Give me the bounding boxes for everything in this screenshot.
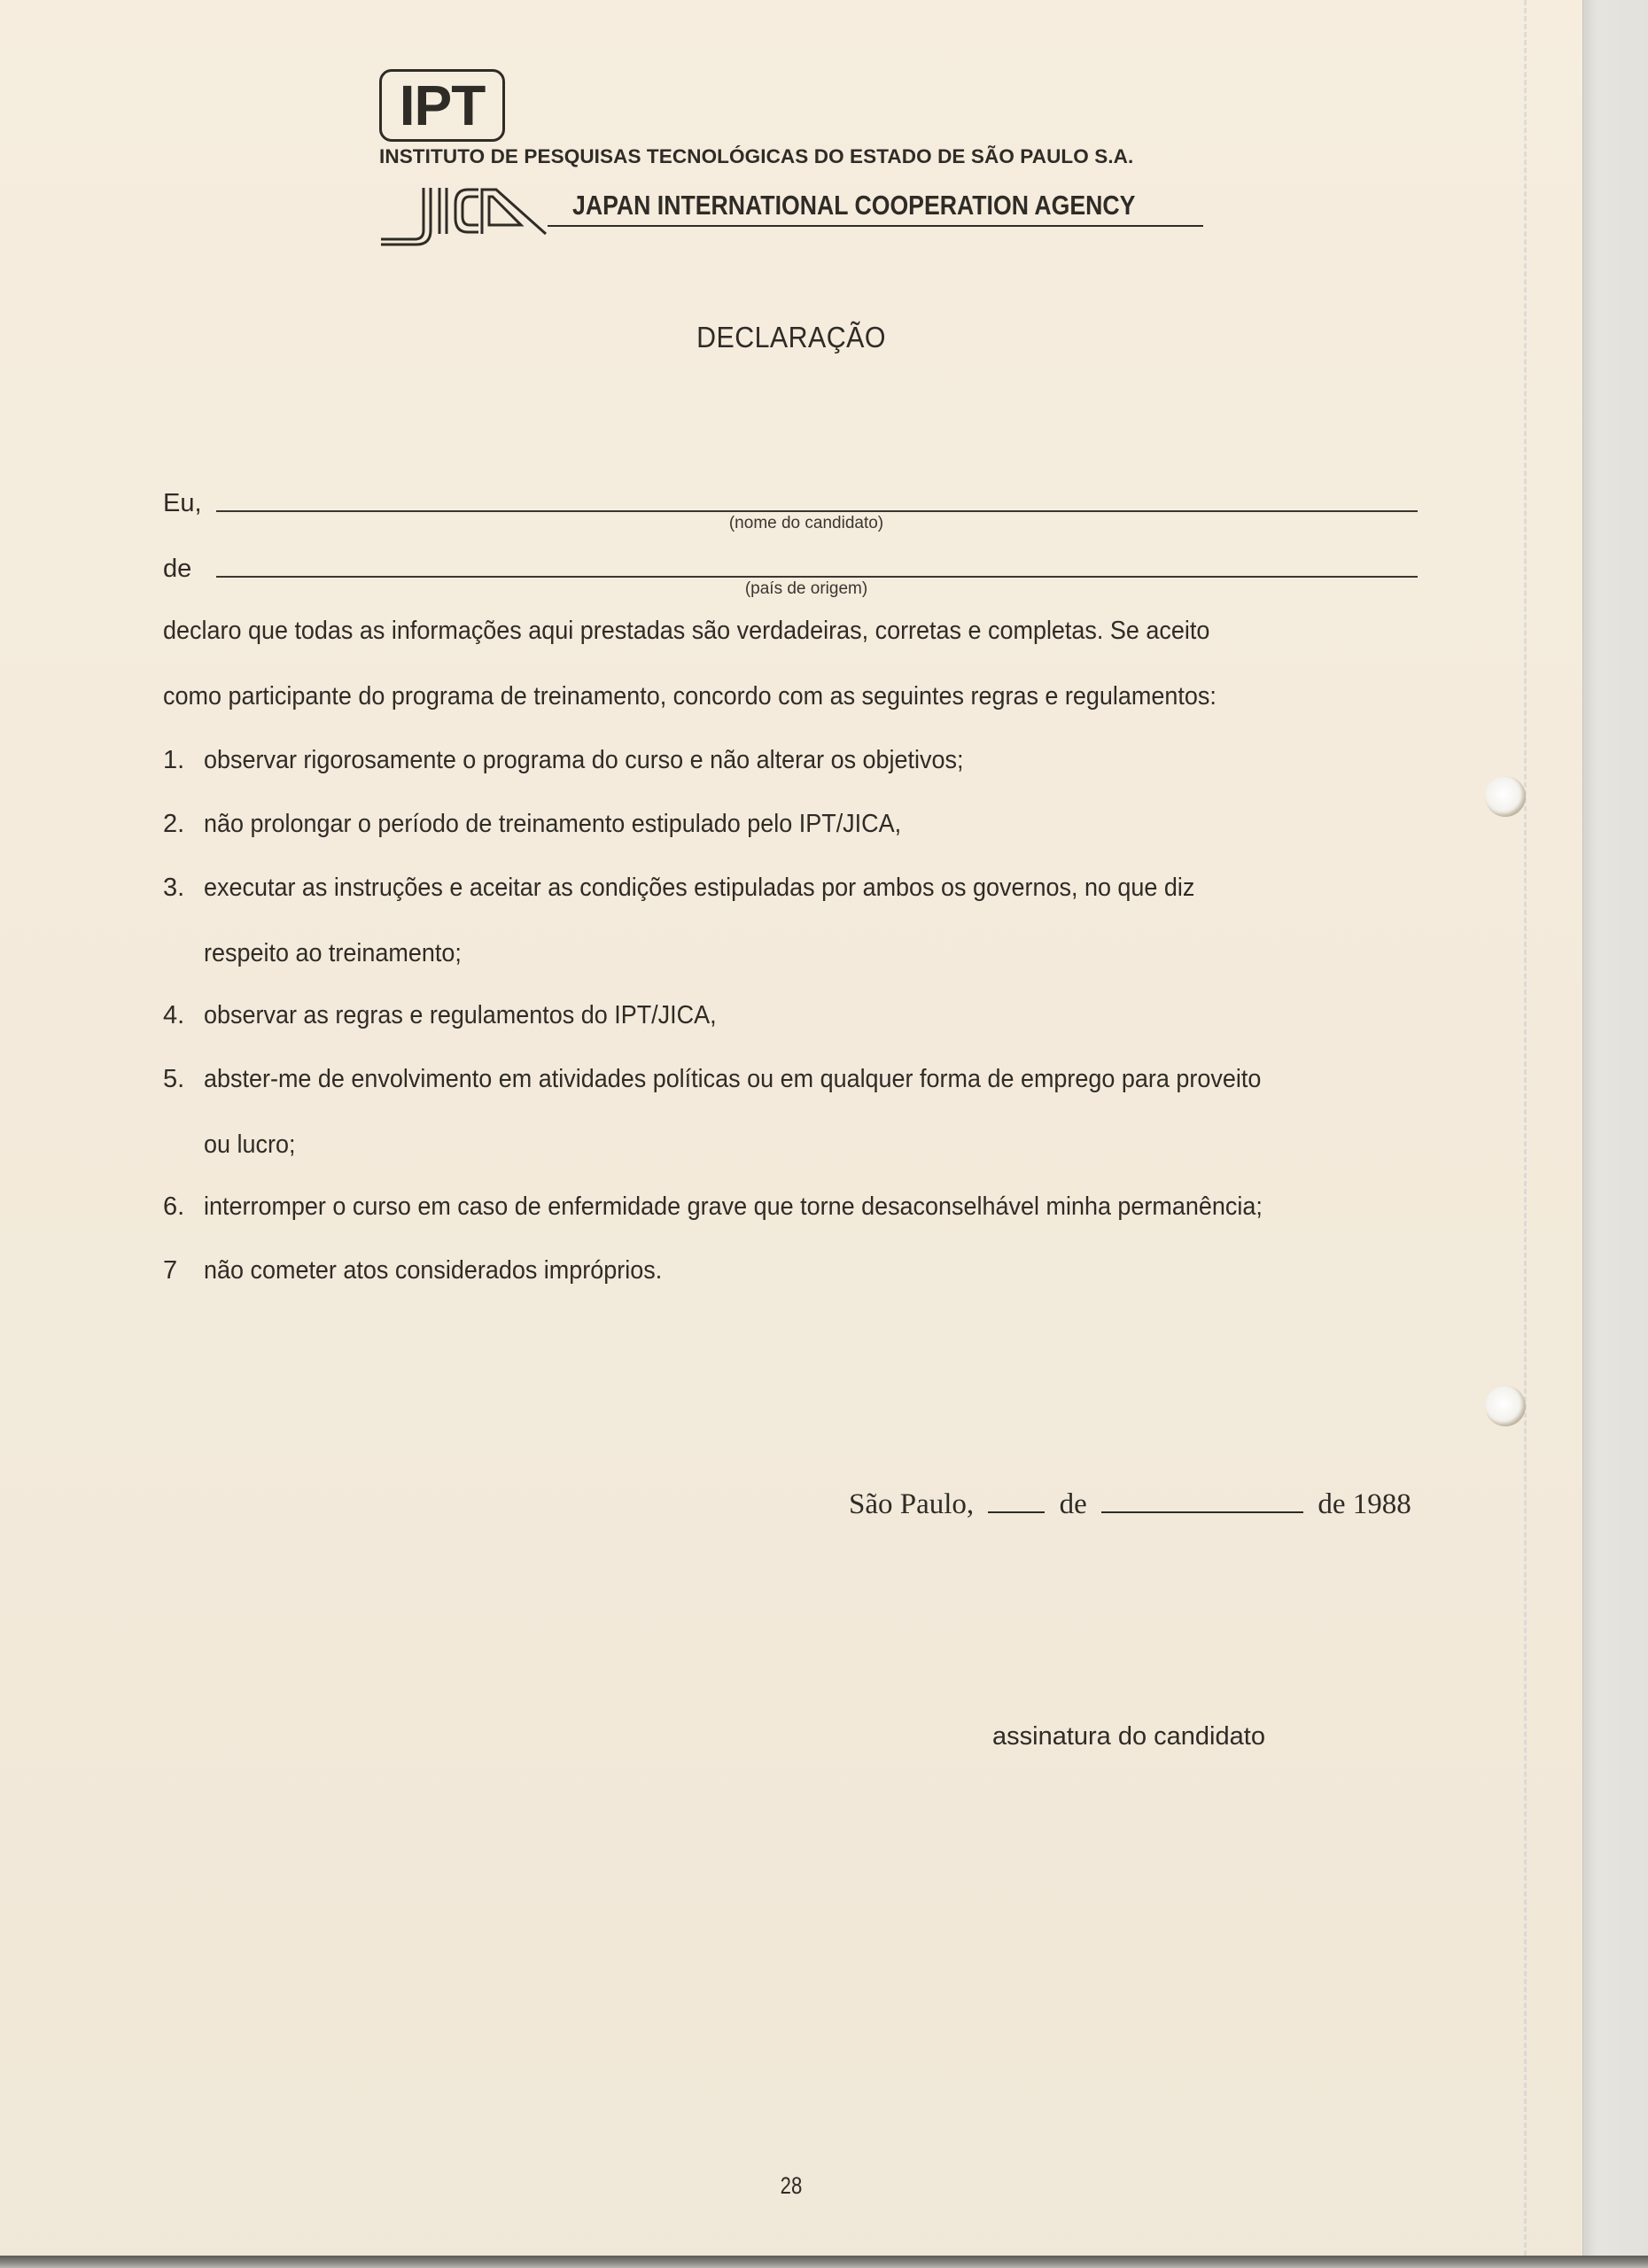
ipt-logo: IPT	[379, 69, 505, 142]
rule-4-number: 4.	[163, 1001, 184, 1030]
institution-name: INSTITUTO DE PESQUISAS TECNOLÓGICAS DO E…	[379, 145, 1133, 168]
rule-7-number: 7	[163, 1256, 177, 1285]
candidate-name-field[interactable]	[216, 510, 1418, 512]
rule-6-number: 6.	[163, 1192, 184, 1222]
document-title: DECLARAÇÃO	[63, 321, 1519, 354]
rule-7-text: não cometer atos considerados impróprios…	[204, 1256, 662, 1285]
rule-2-number: 2.	[163, 810, 184, 839]
candidate-name-caption: (nome do candidato)	[620, 514, 992, 533]
document-page: IPT INSTITUTO DE PESQUISAS TECNOLÓGICAS …	[0, 0, 1582, 2256]
rule-1-text: observar rigorosamente o programa do cur…	[204, 746, 964, 775]
field-country-prefix: de	[163, 555, 191, 584]
signature-label: assinatura do candidato	[992, 1722, 1265, 1751]
page-bottom-edge	[0, 2256, 1648, 2268]
intro-line-1: declaro que todas as informações aqui pr…	[163, 617, 1209, 646]
jica-logo-icon	[379, 184, 548, 246]
perforation-line	[1524, 0, 1527, 2256]
rule-3-text: executar as instruções e aceitar as cond…	[204, 874, 1194, 903]
rule-2-text: não prolongar o período de treinamento e…	[204, 810, 901, 839]
rule-5-text-cont: ou lucro;	[204, 1130, 295, 1160]
date-line: São Paulo, de de 1988	[849, 1488, 1411, 1521]
punch-hole-top	[1485, 776, 1526, 817]
intro-line-2: como participante do programa de treinam…	[163, 682, 1217, 711]
ipt-logo-text: IPT	[400, 77, 486, 134]
date-city: São Paulo,	[849, 1488, 974, 1520]
country-of-origin-field[interactable]	[216, 576, 1418, 578]
rule-3-text-cont: respeito ao treinamento;	[204, 939, 462, 968]
jica-name: JAPAN INTERNATIONAL COOPERATION AGENCY	[572, 190, 1135, 221]
date-de-label: de	[1060, 1488, 1087, 1520]
month-field[interactable]	[1101, 1511, 1303, 1513]
rule-5-text: abster-me de envolvimento em atividades …	[204, 1065, 1261, 1094]
country-caption: (país de origem)	[620, 579, 992, 599]
rule-6-text: interromper o curso em caso de enfermida…	[204, 1192, 1263, 1222]
punch-hole-bottom	[1485, 1386, 1526, 1426]
header-underline	[548, 225, 1203, 227]
rule-3-number: 3.	[163, 874, 184, 903]
rule-5-number: 5.	[163, 1065, 184, 1094]
field-name-prefix: Eu,	[163, 489, 202, 518]
jica-header: JAPAN INTERNATIONAL COOPERATION AGENCY	[379, 184, 1203, 246]
rule-1-number: 1.	[163, 746, 184, 775]
rule-4-text: observar as regras e regulamentos do IPT…	[204, 1001, 717, 1030]
adjacent-page-edge	[1582, 0, 1648, 2257]
date-year: de 1988	[1318, 1488, 1411, 1520]
page-number: 28	[143, 2172, 1441, 2200]
day-field[interactable]	[988, 1511, 1045, 1513]
